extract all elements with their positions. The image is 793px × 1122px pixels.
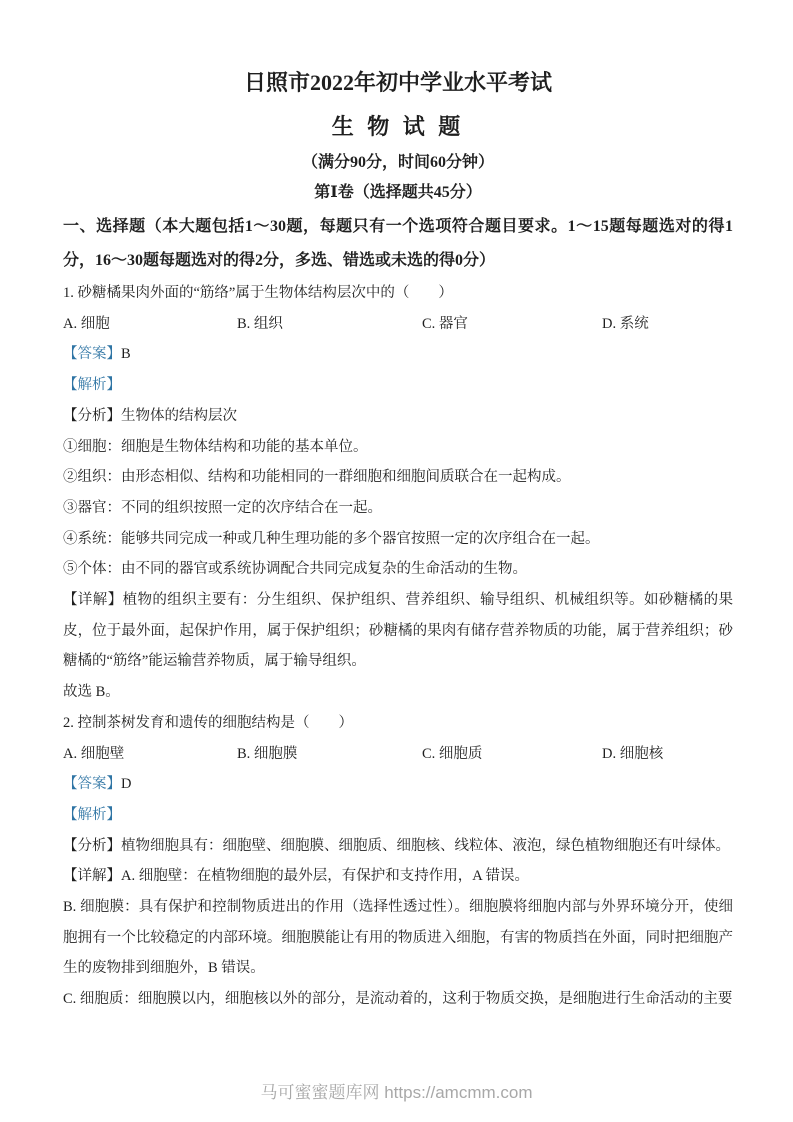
exam-title: 日照市2022年初中学业水平考试 [63,68,733,98]
option-a: A. 细胞壁 [63,739,237,770]
question-stem: 2. 控制茶树发育和遗传的细胞结构是（ ） [63,708,733,739]
volume-title: 第Ⅰ卷（选择题共45分） [63,181,733,204]
option-a: A. 细胞 [63,309,237,340]
option-c: C. 器官 [422,309,602,340]
detail-option-c: C. 细胞质：细胞膜以内，细胞核以外的部分，是流动着的，这利于物质交换，是细胞进… [63,984,733,1015]
analysis-intro: 【分析】生物体的结构层次 [63,401,733,432]
question-2: 2. 控制茶树发育和遗传的细胞结构是（ ） A. 细胞壁 B. 细胞膜 C. 细… [63,708,733,1015]
analysis-intro: 【分析】植物细胞具有：细胞壁、细胞膜、细胞质、细胞核、线粒体、液泡，绿色植物细胞… [63,831,733,862]
question-stem: 1. 砂糖橘果肉外面的“筋络”属于生物体结构层次中的（ ） [63,278,733,309]
detail-paragraph: 【详解】植物的组织主要有：分生组织、保护组织、营养组织、输导组织、机械组织等。如… [63,585,733,677]
answer-line: 【答案】D [63,769,733,800]
option-b: B. 细胞膜 [237,739,422,770]
analysis-label: 【解析】 [63,807,121,823]
analysis-point-1: ①细胞：细胞是生物体结构和功能的基本单位。 [63,432,733,463]
detail-option-a: 【详解】A. 细胞壁：在植物细胞的最外层，有保护和支持作用，A 错误。 [63,861,733,892]
analysis-point-4: ④系统：能够共同完成一种或几种生理功能的多个器官按照一定的次序组合在一起。 [63,524,733,555]
conclusion-line: 故选 B。 [63,677,733,708]
watermark-footer: 马可蜜蜜题库网 https://amcmm.com [0,1078,793,1103]
options-row: A. 细胞 B. 组织 C. 器官 D. 系统 [63,309,733,340]
answer-value: D [121,776,131,792]
score-time-info: （满分90分，时间60分钟） [63,151,733,174]
answer-label: 【答案】 [63,346,121,362]
analysis-label: 【解析】 [63,377,121,393]
option-b: B. 组织 [237,309,422,340]
answer-label: 【答案】 [63,776,121,792]
section-instructions: 一、选择题（本大题包括1～30题，每题只有一个选项符合题目要求。1～15题每题选… [63,210,733,278]
option-d: D. 细胞核 [602,739,733,770]
answer-value: B [121,346,131,362]
analysis-line: 【解析】 [63,800,733,831]
option-c: C. 细胞质 [422,739,602,770]
document-header: 日照市2022年初中学业水平考试 生 物 试 题 （满分90分，时间60分钟） … [63,68,733,204]
answer-line: 【答案】B [63,339,733,370]
question-1: 1. 砂糖橘果肉外面的“筋络”属于生物体结构层次中的（ ） A. 细胞 B. 组… [63,278,733,708]
analysis-point-2: ②组织：由形态相似、结构和功能相同的一群细胞和细胞间质联合在一起构成。 [63,462,733,493]
analysis-line: 【解析】 [63,370,733,401]
analysis-point-3: ③器官：不同的组织按照一定的次序结合在一起。 [63,493,733,524]
option-d: D. 系统 [602,309,733,340]
analysis-point-5: ⑤个体：由不同的器官或系统协调配合共同完成复杂的生命活动的生物。 [63,554,733,585]
detail-option-b: B. 细胞膜：具有保护和控制物质进出的作用（选择性透过性）。细胞膜将细胞内部与外… [63,892,733,984]
exam-document-page: 日照市2022年初中学业水平考试 生 物 试 题 （满分90分，时间60分钟） … [0,0,793,1015]
questions-body: 1. 砂糖橘果肉外面的“筋络”属于生物体结构层次中的（ ） A. 细胞 B. 组… [63,278,733,1015]
options-row: A. 细胞壁 B. 细胞膜 C. 细胞质 D. 细胞核 [63,739,733,770]
subject-title: 生 物 试 题 [63,112,733,142]
